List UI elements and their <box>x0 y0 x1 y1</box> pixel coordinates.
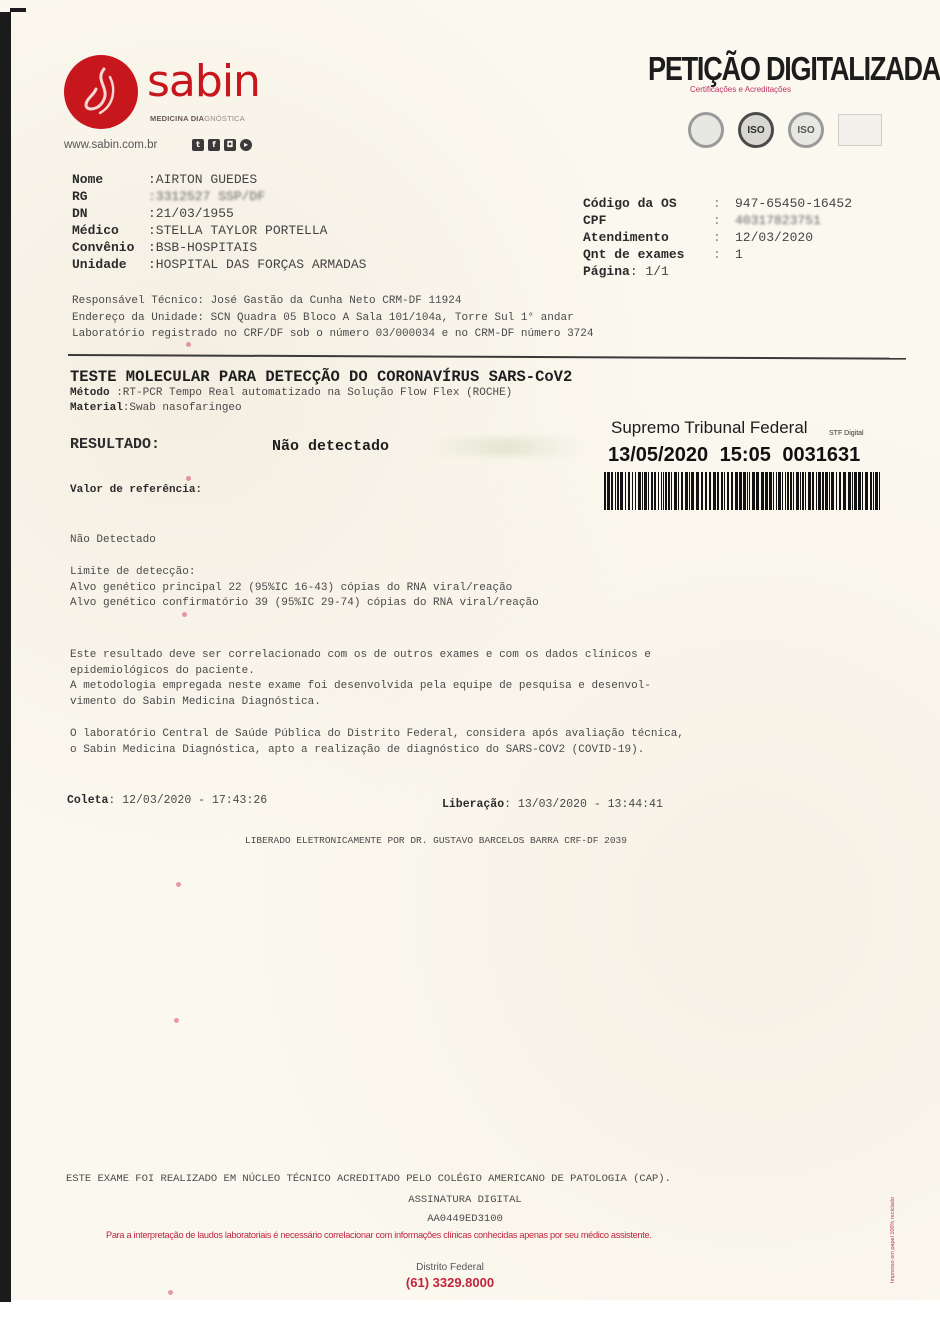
scan-speck <box>176 882 181 887</box>
section-divider <box>68 354 906 360</box>
method-value: :RT-PCR Tempo Real automatizado na Soluç… <box>110 387 513 399</box>
detection-limit-label: Limite de detecção: <box>70 565 539 581</box>
note-line: O laboratório Central de Saúde Pública d… <box>70 727 684 743</box>
website-link: www.sabin.com.br <box>64 139 157 151</box>
technical-info: Responsável Técnico: José Gastão da Cunh… <box>72 293 594 343</box>
side-print-text: Impresso em papel 100% reciclado <box>890 1197 896 1283</box>
iso-seal-icon: ISO <box>738 112 774 148</box>
material-label: Material <box>70 402 123 414</box>
reference-value: Não Detectado <box>70 533 156 549</box>
collection-label: Coleta <box>67 794 108 807</box>
released-by: LIBERADO ELETRONICAMENTE POR DR. GUSTAVO… <box>245 835 627 846</box>
cpf-redacted: 40317823751 <box>735 212 821 229</box>
note-line: vimento do Sabin Medicina Diagnóstica. <box>70 695 651 711</box>
collection-value: : 12/03/2020 - 17:43:26 <box>108 794 267 807</box>
patient-rg-redacted: :3312527 SSP/DF <box>148 188 265 205</box>
stf-court-name: Supremo Tribunal Federal <box>611 418 808 438</box>
stf-protocol-line: 13/05/2020 15:05 0031631 <box>608 444 860 467</box>
social-icons: t f ◘ ▸ <box>192 139 252 151</box>
exam-count-row: Qnt de exames:1 <box>583 246 852 263</box>
patient-dob: :21/03/1955 <box>148 205 234 222</box>
facebook-icon: f <box>208 139 220 151</box>
field-label: Página <box>583 263 630 280</box>
method-label: Método <box>70 387 110 399</box>
scan-border <box>0 12 11 1302</box>
reference-label: Valor de referência: <box>70 484 202 496</box>
unit-row: Unidade:HOSPITAL DAS FORÇAS ARMADAS <box>72 256 366 273</box>
patient-dob-row: DN:21/03/1955 <box>72 205 366 222</box>
field-label: DN <box>72 205 148 222</box>
note-line: epidemiológicos do paciente. <box>70 664 651 680</box>
attendance-row: Atendimento:12/03/2020 <box>583 229 852 246</box>
field-label: RG <box>72 188 148 205</box>
brand-subtitle-light: GNÓSTICA <box>204 114 245 123</box>
instagram-icon: ◘ <box>224 139 236 151</box>
field-label: CPF <box>583 212 713 229</box>
disclaimer: Para a interpretação de laudos laborator… <box>106 1230 652 1240</box>
collection-date: Coleta: 12/03/2020 - 17:43:26 <box>67 794 267 807</box>
doctor-row: Médico:STELLA TAYLOR PORTELLA <box>72 222 366 239</box>
field-label: Médico <box>72 222 148 239</box>
field-label: Qnt de exames <box>583 246 713 263</box>
scanned-document-page: sabin MEDICINA DIAGNÓSTICA www.sabin.com… <box>0 0 940 1300</box>
stf-digital-tag: STF Digital <box>829 430 864 437</box>
scan-speck <box>182 612 187 617</box>
youtube-icon: ▸ <box>240 139 252 151</box>
scan-speck <box>186 476 191 481</box>
interpretation-notes: Este resultado deve ser correlacionado c… <box>70 648 651 710</box>
petition-stamp-title: PETIÇÃO DIGITALIZADA <box>648 50 940 88</box>
scan-speck <box>186 342 191 347</box>
scan-speck <box>174 1018 179 1023</box>
detection-limit-confirmatory: Alvo genético confirmatório 39 (95%IC 29… <box>70 596 539 612</box>
certificate-icon <box>838 114 882 146</box>
doctor-name: :STELLA TAYLOR PORTELLA <box>148 222 327 239</box>
accreditation-note: ESTE EXAME FOI REALIZADO EM NÚCLEO TÉCNI… <box>66 1173 671 1185</box>
result-label: RESULTADO: <box>70 436 160 453</box>
technical-responsible: Responsável Técnico: José Gastão da Cunh… <box>72 293 594 310</box>
certification-seals: ISO ISO <box>688 112 882 148</box>
stf-time: 15:05 <box>720 444 771 466</box>
field-label: Nome <box>72 171 148 188</box>
lacen-note: O laboratório Central de Saúde Pública d… <box>70 727 684 758</box>
release-date: Liberação: 13/03/2020 - 13:44:41 <box>442 798 663 811</box>
exam-title: TESTE MOLECULAR PARA DETECÇÃO DO CORONAV… <box>70 368 572 386</box>
scan-speck <box>168 1290 173 1295</box>
region: Distrito Federal <box>0 1262 900 1273</box>
note-line: o Sabin Medicina Diagnóstica, apto a rea… <box>70 743 684 759</box>
insurance-row: Convênio:BSB-HOSPITAIS <box>72 239 366 256</box>
stf-date: 13/05/2020 <box>608 444 708 466</box>
exam-method-block: Método :RT-PCR Tempo Real automatizado n… <box>70 386 512 416</box>
sabin-logo-icon <box>64 55 138 129</box>
page-row: Página: 1/1 <box>583 263 852 280</box>
separator: : <box>713 195 735 212</box>
brand-subtitle: MEDICINA DIAGNÓSTICA <box>150 114 245 123</box>
separator: : <box>713 246 735 263</box>
brand-name: sabin <box>147 60 260 104</box>
os-code: 947-65450-16452 <box>735 195 852 212</box>
os-code-row: Código da OS:947-65450-16452 <box>583 195 852 212</box>
page-number: : 1/1 <box>630 263 669 280</box>
note-line: A metodologia empregada neste exame foi … <box>70 679 651 695</box>
detection-limits: Limite de detecção: Alvo genético princi… <box>70 565 539 612</box>
patient-rg-row: RG:3312527 SSP/DF <box>72 188 366 205</box>
release-label: Liberação <box>442 798 504 811</box>
field-label: Código da OS <box>583 195 713 212</box>
signature-code: AA0449ED3100 <box>0 1213 930 1225</box>
field-label: Atendimento <box>583 229 713 246</box>
lab-registration: Laboratório registrado no CRF/DF sob o n… <box>72 326 594 343</box>
scan-border-corner <box>10 8 26 12</box>
cpf-row: CPF:40317823751 <box>583 212 852 229</box>
material-value: :Swab nasofaringeo <box>123 402 242 414</box>
patient-name-row: Nome:AIRTON GUEDES <box>72 171 366 188</box>
recycled-paper-note: Impresso em papel 100% reciclado <box>886 1170 900 1310</box>
insurance: :BSB-HOSPITAIS <box>148 239 257 256</box>
separator: : <box>713 212 735 229</box>
unit-address: Endereço da Unidade: SCN Quadra 05 Bloco… <box>72 310 594 327</box>
separator: : <box>713 229 735 246</box>
signature-label: ASSINATURA DIGITAL <box>0 1194 930 1206</box>
detection-limit-primary: Alvo genético principal 22 (95%IC 16-43)… <box>70 581 539 597</box>
patient-name: :AIRTON GUEDES <box>148 171 257 188</box>
attendance-date: 12/03/2020 <box>735 229 813 246</box>
release-value: : 13/03/2020 - 13:44:41 <box>504 798 663 811</box>
patient-info: Nome:AIRTON GUEDES RG:3312527 SSP/DF DN:… <box>72 171 366 273</box>
iso-seal-icon: ISO <box>788 112 824 148</box>
accreditation-seal-icon <box>688 112 724 148</box>
brand-subtitle-bold: MEDICINA DIA <box>150 114 204 123</box>
result-block: RESULTADO: Não detectado <box>70 436 160 453</box>
certifications-label: Certificações e Acreditações <box>690 85 791 94</box>
phone-number: (61) 3329.8000 <box>0 1275 900 1290</box>
result-value: Não detectado <box>272 438 389 455</box>
note-line: Este resultado deve ser correlacionado c… <box>70 648 651 664</box>
faded-ink <box>430 438 580 456</box>
stf-protocol-number: 0031631 <box>782 444 860 466</box>
field-label: Convênio <box>72 239 148 256</box>
exam-count: 1 <box>735 246 743 263</box>
barcode-icon <box>604 472 882 510</box>
twitter-icon: t <box>192 139 204 151</box>
field-label: Unidade <box>72 256 148 273</box>
order-info: Código da OS:947-65450-16452 CPF:4031782… <box>583 195 852 280</box>
unit: :HOSPITAL DAS FORÇAS ARMADAS <box>148 256 366 273</box>
